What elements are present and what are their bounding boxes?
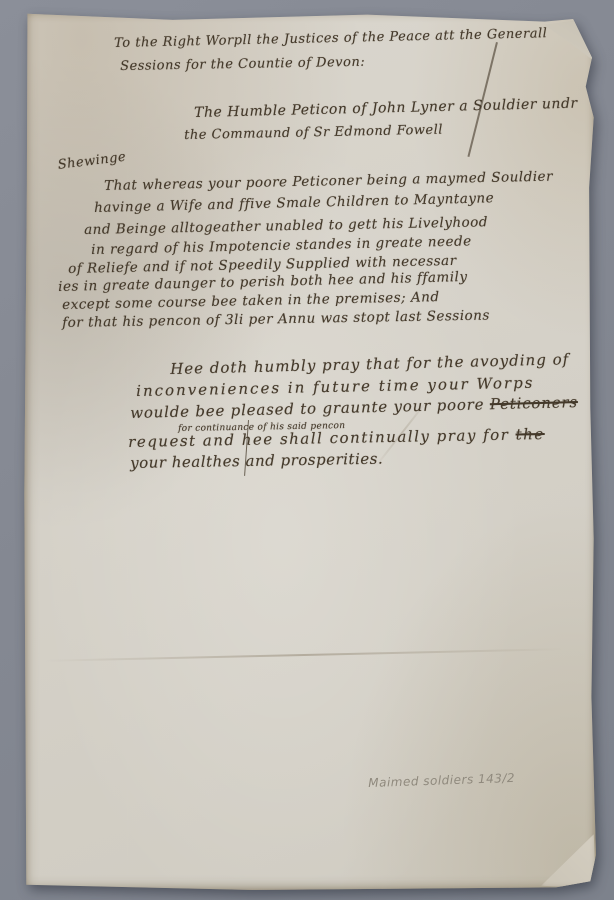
heading-line-1: To the Right Worpll the Justices of the …: [114, 26, 547, 51]
heading-line-2: Sessions for the Countie of Devon:: [120, 55, 365, 74]
prayer-line-5: your healthes and prosperities.: [130, 450, 383, 472]
photograph-background: To the Right Worpll the Justices of the …: [0, 0, 614, 900]
folded-corner-top-right: [539, 16, 601, 64]
prayer-line-4-struck-word: the: [515, 425, 544, 444]
body-line-2: havinge a Wife and ffive Smale Children …: [94, 190, 494, 216]
title-line-2: the Commaund of Sr Edmond Fowell: [184, 123, 443, 143]
prayer-line-3-struck-word: Peticoners: [490, 393, 578, 413]
title-line-1: The Humble Peticon of John Lyner a Sould…: [194, 96, 578, 121]
prayer-line-3-main: woulde bee pleased to graunte your poore: [130, 395, 490, 422]
horizontal-fold-crease: [44, 648, 564, 661]
margin-note-shewinge: Shewinge: [57, 150, 127, 173]
folded-corner-bottom-right: [540, 832, 596, 888]
manuscript-sheet: To the Right Worpll the Justices of the …: [24, 12, 596, 890]
archival-reference-note: Maimed soldiers 143/2: [368, 771, 515, 790]
manuscript-sheet-wrap: To the Right Worpll the Justices of the …: [24, 12, 596, 890]
